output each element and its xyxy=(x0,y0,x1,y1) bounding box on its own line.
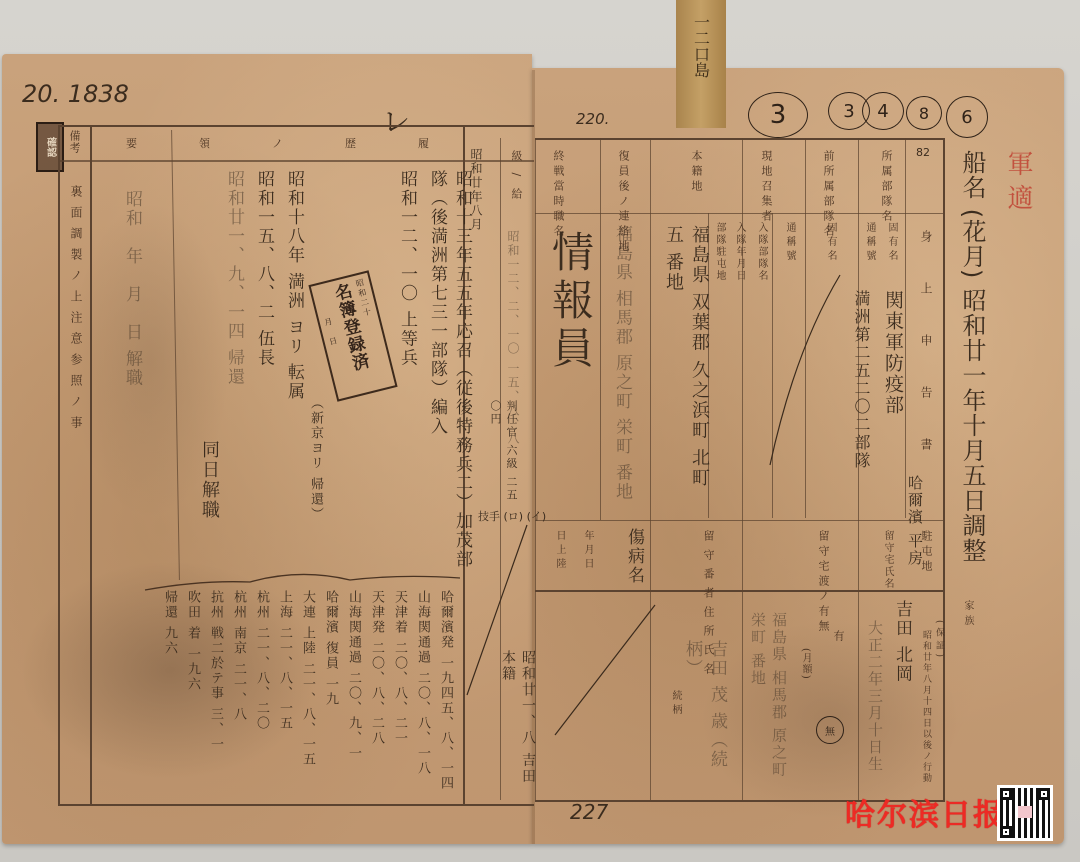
grid-line xyxy=(58,125,60,805)
family-birth-value: 大正二年三月十日生 xyxy=(865,620,886,773)
strike-line xyxy=(765,270,845,470)
subheader: 通稱號 xyxy=(782,222,797,264)
subheader: 固有名 xyxy=(884,222,899,264)
residence-value: 哈爾濱 平房 xyxy=(905,475,926,567)
subheader: 固有名 xyxy=(823,222,838,264)
qr-code-icon xyxy=(1000,788,1050,838)
right-margin-note: 船名 (花月) 昭和廿一年十月五日調整 xyxy=(955,150,990,590)
guardian-address: 福島県 相馬郡 原之町 栄町 番地 xyxy=(748,612,790,792)
grid-line xyxy=(943,138,945,800)
position-value: 情報員 xyxy=(540,230,600,374)
circled-number: 6 xyxy=(946,96,988,138)
domicile-value: 福島県 双葉郡 久之浜町 北町 五 番地 xyxy=(660,225,712,515)
unit-code-value: 満洲第二五二〇二部隊 xyxy=(850,290,873,520)
relation-label: 続柄 xyxy=(668,690,683,718)
qr-code[interactable] xyxy=(997,785,1053,841)
grid-line xyxy=(600,138,601,520)
history-entry: 昭和一五、八、二 伍長 xyxy=(252,170,277,380)
contact-address-value: 福島県 相馬郡 原之町 栄町 番地 xyxy=(610,225,635,515)
history-entry: 昭和廿一、九、一四 帰還 xyxy=(222,170,247,530)
remarks-header: 備考 xyxy=(66,130,82,154)
column-header-local-conscript: 現地召集者 xyxy=(758,150,774,225)
red-annotation: 軍 適 xyxy=(1000,150,1037,210)
guardian-name: 吉田 茂 歳（続柄） xyxy=(680,640,730,790)
caretaker-header: 留守宅渡ノ有無 xyxy=(815,530,831,635)
grid-line xyxy=(535,138,945,140)
circled-none: 無 xyxy=(816,716,844,744)
bottom-page-number: 227 xyxy=(570,800,608,824)
history-entry: 昭和十八年 満洲 ヨリ 転属 xyxy=(282,170,307,420)
newspaper-watermark: 哈尔滨日报 xyxy=(845,790,1005,834)
circled-number: 4 xyxy=(862,92,904,130)
seal-stamp: 確認 xyxy=(36,122,64,172)
age-value: 82 xyxy=(916,146,930,159)
grade-side-note: 昭和廿年八月 xyxy=(468,148,485,232)
subheader: 通稱號 xyxy=(862,222,877,264)
column-header-domicile: 本籍地 xyxy=(688,150,704,195)
injury-date: 年月日 xyxy=(580,530,595,572)
grid-line xyxy=(535,520,945,521)
bracket-line xyxy=(140,560,470,600)
column-header-unit: 所属部隊名 xyxy=(878,150,894,225)
family-name-value: 吉田 北岡 xyxy=(890,600,915,683)
family-label: 家 族 xyxy=(960,600,975,626)
salary-value: 判任官 六級 二五〇円 xyxy=(487,400,519,510)
unit-name-value: 関東軍防疫部 xyxy=(880,290,907,520)
top-center-check: レ xyxy=(382,100,410,140)
top-tab: 一二口島 xyxy=(676,0,726,128)
grid-line xyxy=(90,125,92,805)
family-name-header: 留守宅氏名 xyxy=(880,530,895,590)
top-left-number: 20. 1838 xyxy=(22,80,129,108)
caretaker-value: 有 xyxy=(830,630,846,645)
column-header-grade: 級 / 給 xyxy=(508,150,524,203)
history-header: 要 領 ノ 歴 履 xyxy=(95,135,460,151)
column-header-position: 終戦當時職名 xyxy=(550,150,566,240)
remarks-note: 裏面調製ノ上注意参照ノ事 xyxy=(68,185,85,437)
route-notes: 哈爾濱発 一九四五、八、一四 山海関通過 二〇、八、一八 天津着 二〇、八、二一… xyxy=(135,590,455,800)
right-small-text: 昭和廿年八月十四日以後ノ行動 xyxy=(920,630,933,784)
marginal-note: 同日解職 xyxy=(196,440,222,520)
form-title: 身上申告書 xyxy=(918,230,935,490)
right-stamp: (保証) xyxy=(933,620,946,661)
history-entry: （新京ヨリ 帰還） xyxy=(306,396,325,536)
history-entry: 昭和 年 月 日 解職 xyxy=(120,190,145,510)
subheader: 部隊駐屯地 xyxy=(712,222,727,282)
history-entry: 昭和一二、一〇 上等兵 xyxy=(395,170,420,370)
circled-number: 3 xyxy=(748,92,808,138)
landing-date: 日上陸 xyxy=(552,530,567,572)
grid-line xyxy=(535,590,945,592)
left-page-number: 220. xyxy=(576,110,609,128)
subheader: 入隊年月日 xyxy=(732,222,747,282)
repatriation-note: 昭和廿一、八 吉田 本籍 xyxy=(498,650,538,800)
injury-header: 傷病名 xyxy=(622,528,647,585)
strike-line xyxy=(550,600,660,740)
caretaker-note: (月額) xyxy=(798,648,813,680)
circled-number: 8 xyxy=(906,96,942,130)
